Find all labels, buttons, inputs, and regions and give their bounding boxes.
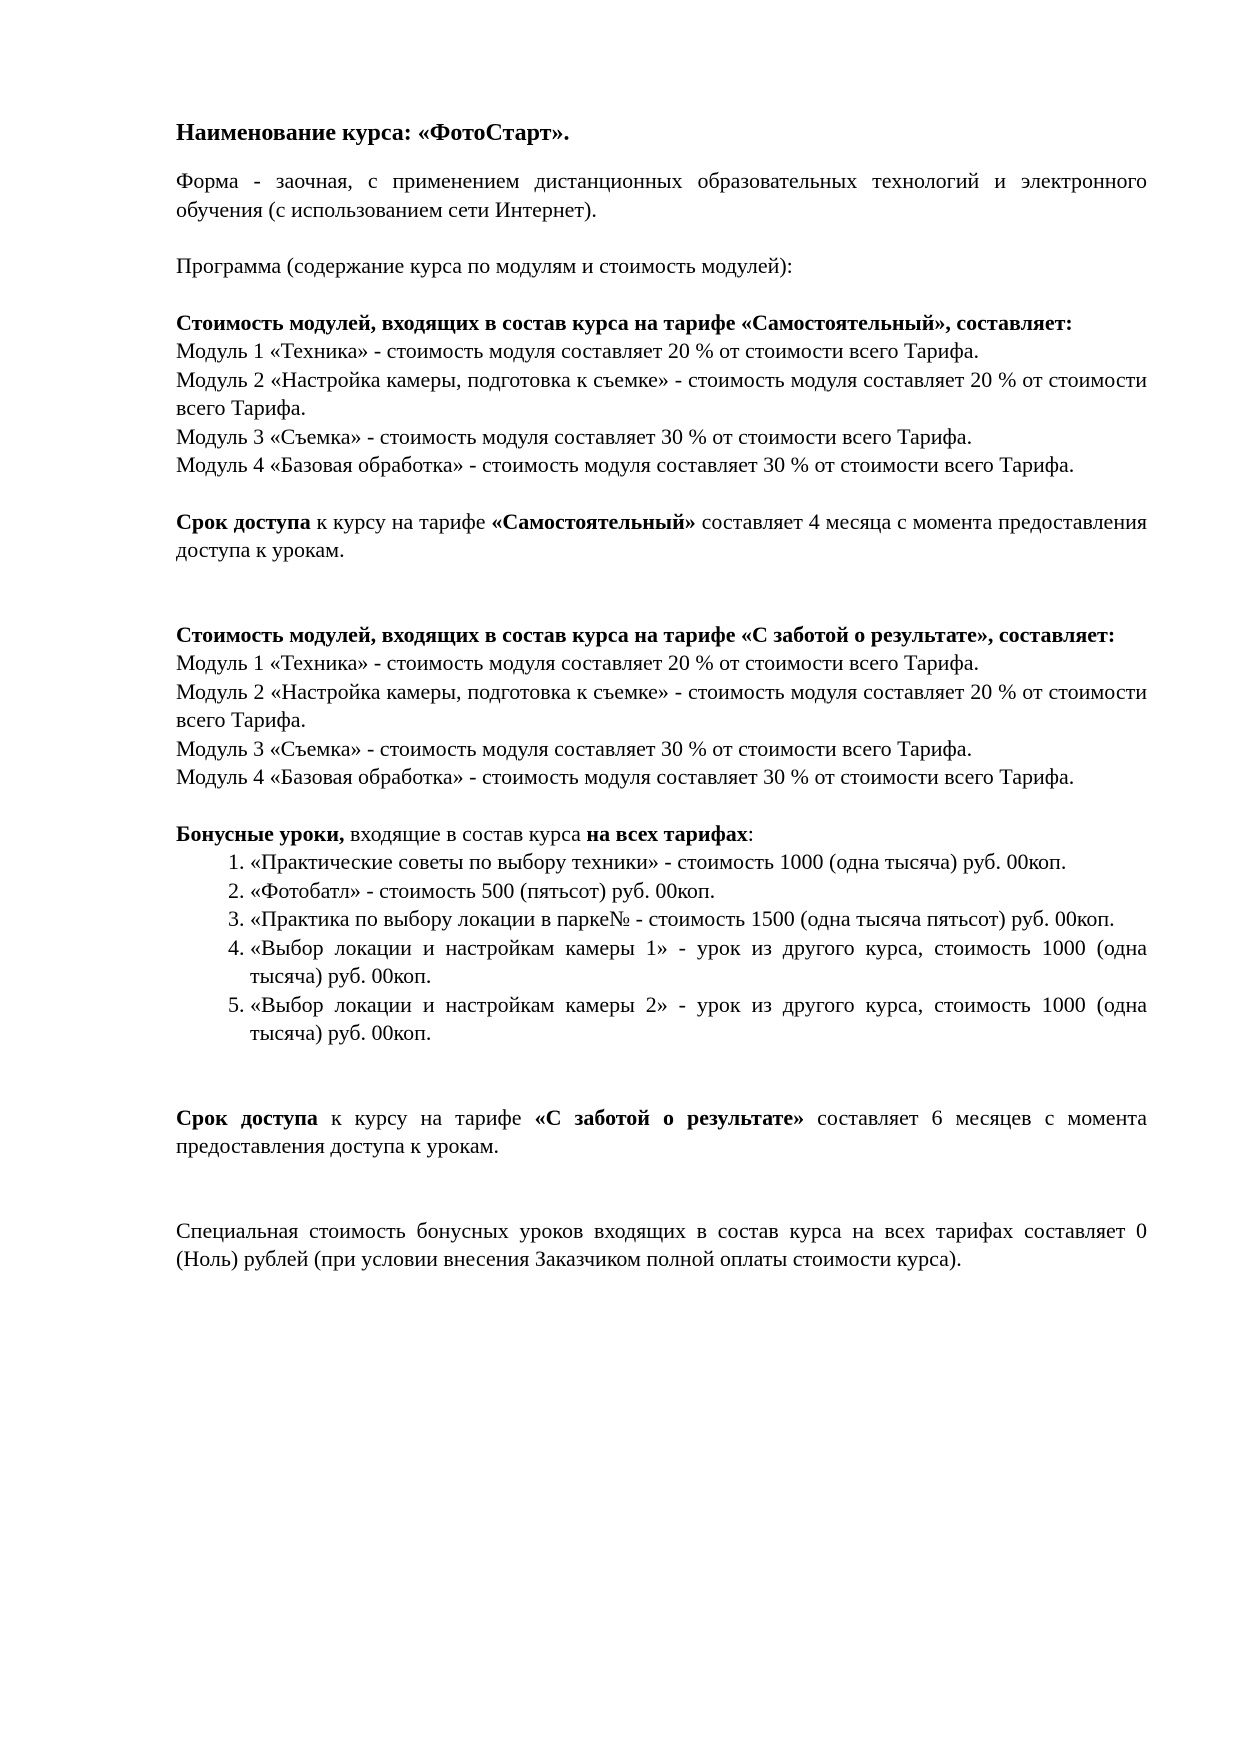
module-line: Модуль 4 «Базовая обработка» - стоимость… — [176, 763, 1147, 792]
bonus-label: Бонусные уроки, — [176, 821, 345, 846]
form-paragraph: Форма - заочная, с применением дистанцио… — [176, 167, 1147, 224]
program-intro: Программа (содержание курса по модулям и… — [176, 252, 1147, 281]
course-title: Наименование курса: «ФотоСтарт». — [176, 118, 1147, 148]
module-line: Модуль 3 «Съемка» - стоимость модуля сос… — [176, 423, 1147, 452]
special-price-paragraph: Специальная стоимость бонусных уроков вх… — [176, 1217, 1147, 1274]
module-line: Модуль 2 «Настройка камеры, подготовка к… — [176, 678, 1147, 735]
bonus-item: «Практика по выбору локации в парке№ - с… — [250, 905, 1147, 934]
tariff-self-access: Срок доступа к курсу на тарифе «Самостоя… — [176, 508, 1147, 565]
access-text: к курсу на тарифе — [311, 509, 492, 534]
access-label: Срок доступа — [176, 509, 311, 534]
tariff-care-heading: Стоимость модулей, входящих в состав кур… — [176, 621, 1147, 650]
bonus-item: «Выбор локации и настройкам камеры 2» - … — [250, 991, 1147, 1048]
document-page: Наименование курса: «ФотоСтарт». Форма -… — [176, 118, 1147, 1274]
bonus-heading: Бонусные уроки, входящие в состав курса … — [176, 820, 1147, 849]
tariff-name: «С заботой о результате» — [535, 1105, 805, 1130]
bonus-item: «Выбор локации и настройкам камеры 1» - … — [250, 934, 1147, 991]
tariff-care-access: Срок доступа к курсу на тарифе «С забото… — [176, 1104, 1147, 1161]
bonus-scope: на всех тарифах — [586, 821, 747, 846]
access-text: к курсу на тарифе — [318, 1105, 535, 1130]
bonus-colon: : — [748, 821, 754, 846]
bonus-list: «Практические советы по выбору техники» … — [176, 848, 1147, 1048]
tariff-name: «Самостоятельный» — [491, 509, 695, 534]
bonus-text: входящие в состав курса — [345, 821, 587, 846]
module-line: Модуль 3 «Съемка» - стоимость модуля сос… — [176, 735, 1147, 764]
tariff-self-heading: Стоимость модулей, входящих в состав кур… — [176, 309, 1147, 338]
module-line: Модуль 1 «Техника» - стоимость модуля со… — [176, 337, 1147, 366]
module-line: Модуль 2 «Настройка камеры, подготовка к… — [176, 366, 1147, 423]
access-label: Срок доступа — [176, 1105, 318, 1130]
module-line: Модуль 4 «Базовая обработка» - стоимость… — [176, 451, 1147, 480]
module-line: Модуль 1 «Техника» - стоимость модуля со… — [176, 649, 1147, 678]
bonus-item: «Фотобатл» - стоимость 500 (пятьсот) руб… — [250, 877, 1147, 906]
bonus-item: «Практические советы по выбору техники» … — [250, 848, 1147, 877]
